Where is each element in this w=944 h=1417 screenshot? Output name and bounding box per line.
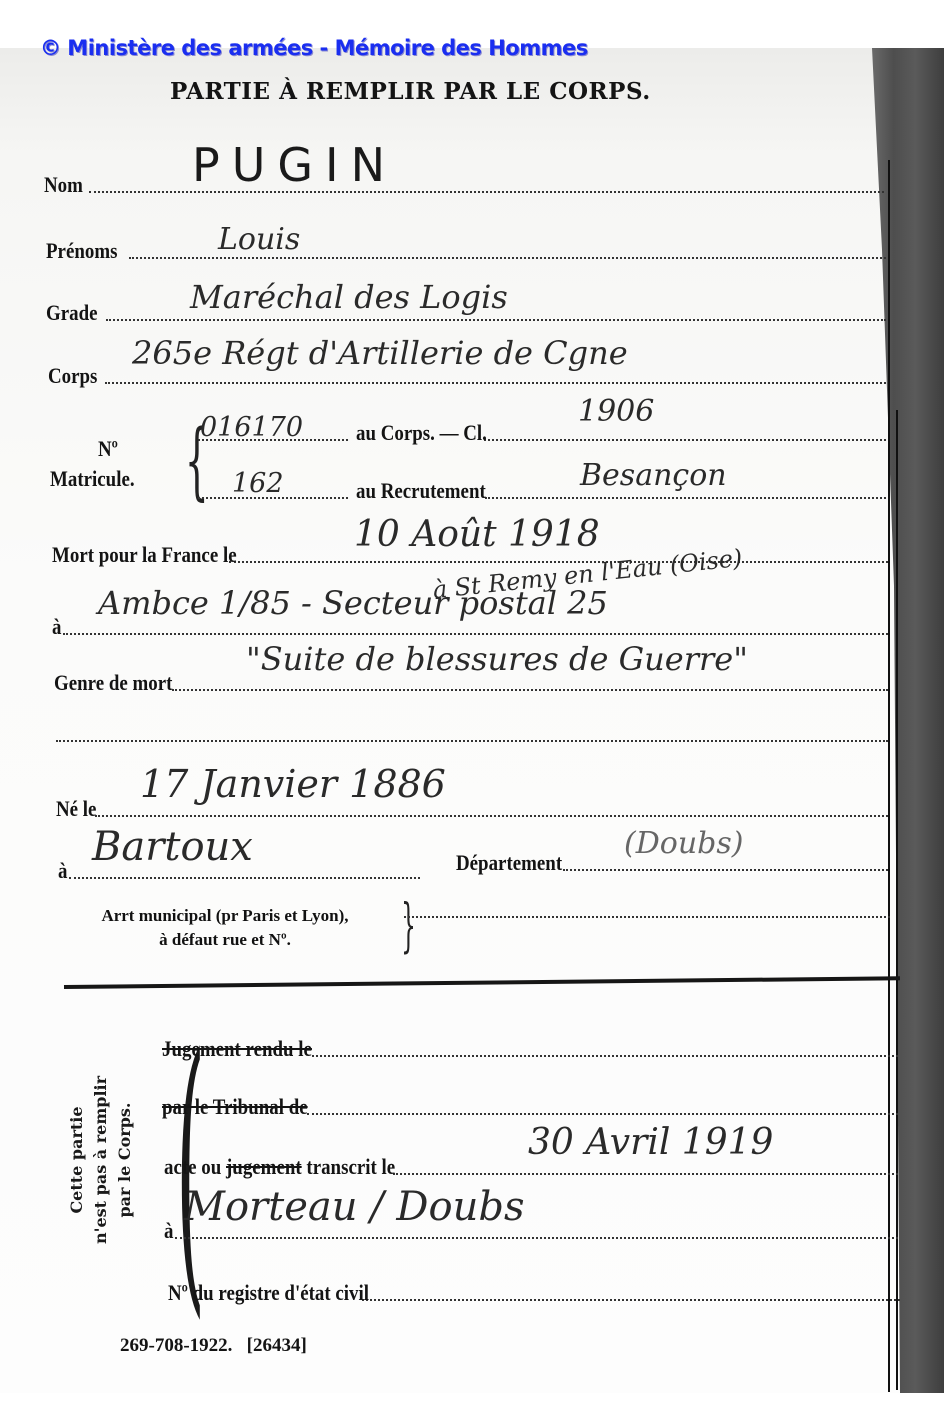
arrondissement-label-line2: à défaut rue et Nº. (60, 928, 390, 952)
field-registre: Nº du registre d'état civil (168, 1280, 900, 1306)
lieu-naissance-label: à (58, 858, 67, 884)
arrondissement-label-line1: Arrt municipal (pr Paris et Lyon), (60, 904, 390, 928)
civil-section-note: Cette partie n'est pas à remplir par le … (65, 1060, 137, 1260)
dotted-line (307, 1113, 898, 1115)
field-matricule-recrutement: au Recrutement (198, 478, 886, 504)
departement-label: Département (456, 850, 562, 876)
mort-date: 10 Août 1918 (354, 514, 600, 555)
recrutement-label: au Recrutement (356, 478, 486, 504)
corps-label: Corps (48, 363, 97, 389)
dotted-line (393, 1173, 898, 1175)
ne-le-label: Né le (56, 796, 96, 822)
form-print-code: 269-708-1922. [26434] (120, 1335, 307, 1357)
ne-le-value: 17 Janvier 1886 (140, 762, 446, 806)
departement-value: (Doubs) (624, 826, 743, 861)
dotted-line (172, 689, 888, 691)
field-tribunal: par le Tribunal de (162, 1094, 898, 1120)
matricule-no-label: Nº (98, 436, 118, 462)
dotted-line (105, 382, 886, 384)
dotted-line (362, 1299, 900, 1301)
dotted-line (484, 439, 886, 441)
nom-value: PUGIN (192, 138, 397, 192)
dotted-line (485, 497, 886, 499)
nom-label: Nom (44, 172, 83, 198)
lieu-naissance-value: Bartoux (92, 824, 253, 870)
jugement-label: Jugement rendu le (162, 1036, 312, 1062)
grade-label: Grade (46, 300, 98, 326)
copyright-watermark: © Ministère des armées - Mémoire des Hom… (40, 36, 588, 60)
lieu-transcrit-label: à (164, 1218, 173, 1244)
matricule-label: Matricule. (50, 466, 135, 492)
registre-label: Nº du registre d'état civil (168, 1280, 369, 1306)
classe-value: 1906 (578, 394, 654, 429)
dotted-line (312, 1055, 898, 1057)
dotted-line (95, 815, 888, 817)
dotted-line (175, 1237, 898, 1239)
lieu-mort-label: à (52, 614, 61, 640)
dotted-line (563, 869, 888, 871)
matricule-corps-number: 016170 (200, 412, 303, 443)
field-nom: Nom (44, 172, 884, 198)
prenoms-value: Louis (218, 222, 300, 257)
corps-value: 265e Régt d'Artillerie de Cgne (132, 334, 628, 372)
transcrit-label: acte ou jugement transcrit le (164, 1154, 395, 1180)
dotted-line (69, 877, 420, 879)
blank-line (56, 740, 888, 747)
dotted-line (63, 633, 888, 635)
grade-value: Maréchal des Logis (190, 278, 508, 316)
dotted-line (129, 257, 886, 259)
page-border-line (888, 160, 890, 1392)
genre-mort-label: Genre de mort (54, 670, 172, 696)
prenoms-label: Prénoms (46, 238, 117, 264)
genre-mort-value: "Suite de blessures de Guerre" (246, 640, 748, 678)
field-jugement: Jugement rendu le (162, 1036, 898, 1062)
arrondissement-label: Arrt municipal (pr Paris et Lyon), à déf… (60, 904, 390, 952)
tribunal-label: par le Tribunal de (162, 1094, 308, 1120)
form-heading: PARTIE À REMPLIR PAR LE CORPS. (170, 78, 651, 105)
dotted-line (404, 916, 890, 918)
recrutement-value: Besançon (580, 458, 727, 493)
matricule-corps-label: au Corps. — Cl. (356, 420, 487, 446)
dotted-line (106, 319, 886, 321)
transcrit-value: 30 Avril 1919 (528, 1122, 773, 1163)
recrutement-number: 162 (232, 468, 284, 499)
field-arrondissement (404, 916, 890, 923)
lieu-mort-value: Ambce 1/85 - Secteur postal 25 (98, 584, 608, 622)
lieu-transcrit-value: Morteau / Doubs (184, 1184, 524, 1230)
arrondissement-brace: } (401, 896, 416, 954)
mort-label: Mort pour la France le (52, 542, 237, 568)
dotted-line (56, 740, 888, 742)
field-prenoms: Prénoms (46, 238, 886, 264)
